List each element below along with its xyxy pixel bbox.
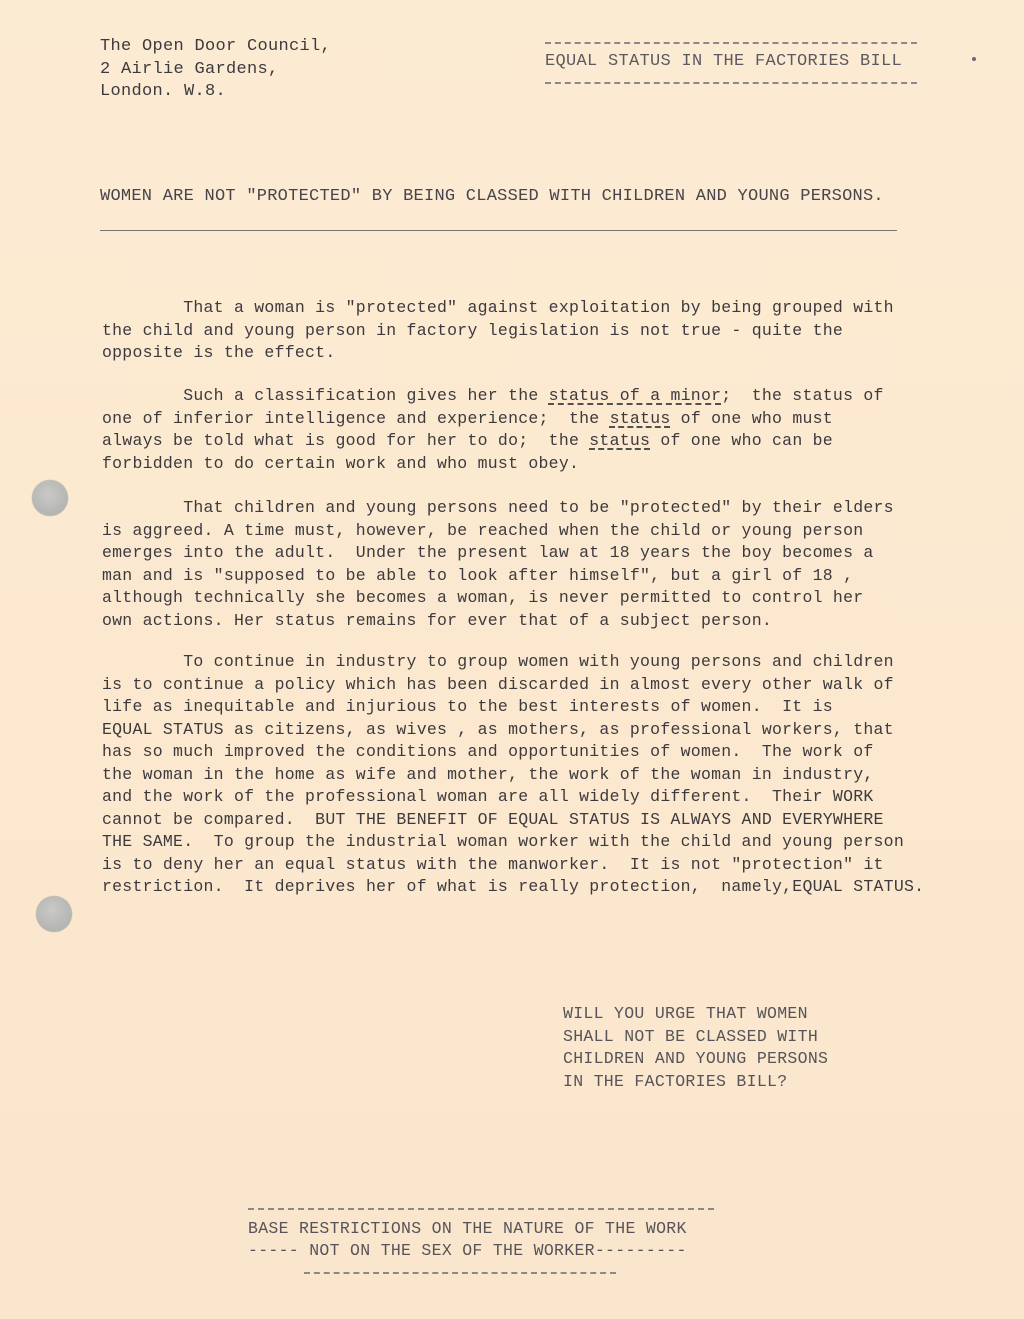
paragraph-1: That a woman is "protected" against expl…	[102, 297, 982, 365]
paragraph-2: Such a classification gives her the stat…	[102, 385, 982, 475]
title-dash-rule-top	[545, 42, 917, 44]
address-line-city: London. W.8.	[100, 82, 226, 101]
underlined-phrase: status	[589, 431, 650, 450]
address-line-street: 2 Airlie Gardens,	[100, 60, 279, 79]
appeal-question: WILL YOU URGE THAT WOMEN SHALL NOT BE CL…	[563, 1003, 828, 1093]
address-line-org: The Open Door Council,	[100, 37, 331, 56]
p2-text: of one who can be	[650, 431, 833, 450]
p2-text: Such a classification gives her the	[102, 386, 549, 405]
punch-hole-top	[32, 480, 68, 516]
p2-text: forbidden to do certain work and who mus…	[102, 454, 579, 473]
document-title: EQUAL STATUS IN THE FACTORIES BILL	[545, 52, 917, 72]
slogan-line-1: BASE RESTRICTIONS ON THE NATURE OF THE W…	[248, 1218, 718, 1240]
footer-dash-rule-top	[248, 1208, 714, 1210]
slogan-line-2: ----- NOT ON THE SEX OF THE WORKER------…	[248, 1240, 718, 1262]
paragraph-4: To continue in industry to group women w…	[102, 651, 982, 899]
footer-slogan: BASE RESTRICTIONS ON THE NATURE OF THE W…	[248, 1208, 718, 1274]
underlined-phrase: status of a minor	[549, 386, 722, 405]
title-dash-rule-bottom	[545, 82, 917, 84]
p2-text: one of inferior intelligence and experie…	[102, 409, 610, 428]
p2-text: always be told what is good for her to d…	[102, 431, 589, 450]
footer-dash-rule-bottom	[304, 1272, 616, 1274]
document-title-box: EQUAL STATUS IN THE FACTORIES BILL	[545, 36, 917, 84]
underlined-phrase: status	[610, 409, 671, 428]
paragraph-3: That children and young persons need to …	[102, 497, 982, 632]
p2-text: ; the status of	[721, 386, 883, 405]
punch-hole-bottom	[36, 896, 72, 932]
headline: WOMEN ARE NOT "PROTECTED" BY BEING CLASS…	[100, 187, 884, 206]
p2-text: of one who must	[671, 409, 833, 428]
sender-address: The Open Door Council, 2 Airlie Gardens,…	[100, 36, 331, 104]
headline-rule	[100, 230, 897, 231]
typed-document-page: The Open Door Council, 2 Airlie Gardens,…	[0, 0, 1024, 1319]
ink-speck	[972, 57, 976, 61]
